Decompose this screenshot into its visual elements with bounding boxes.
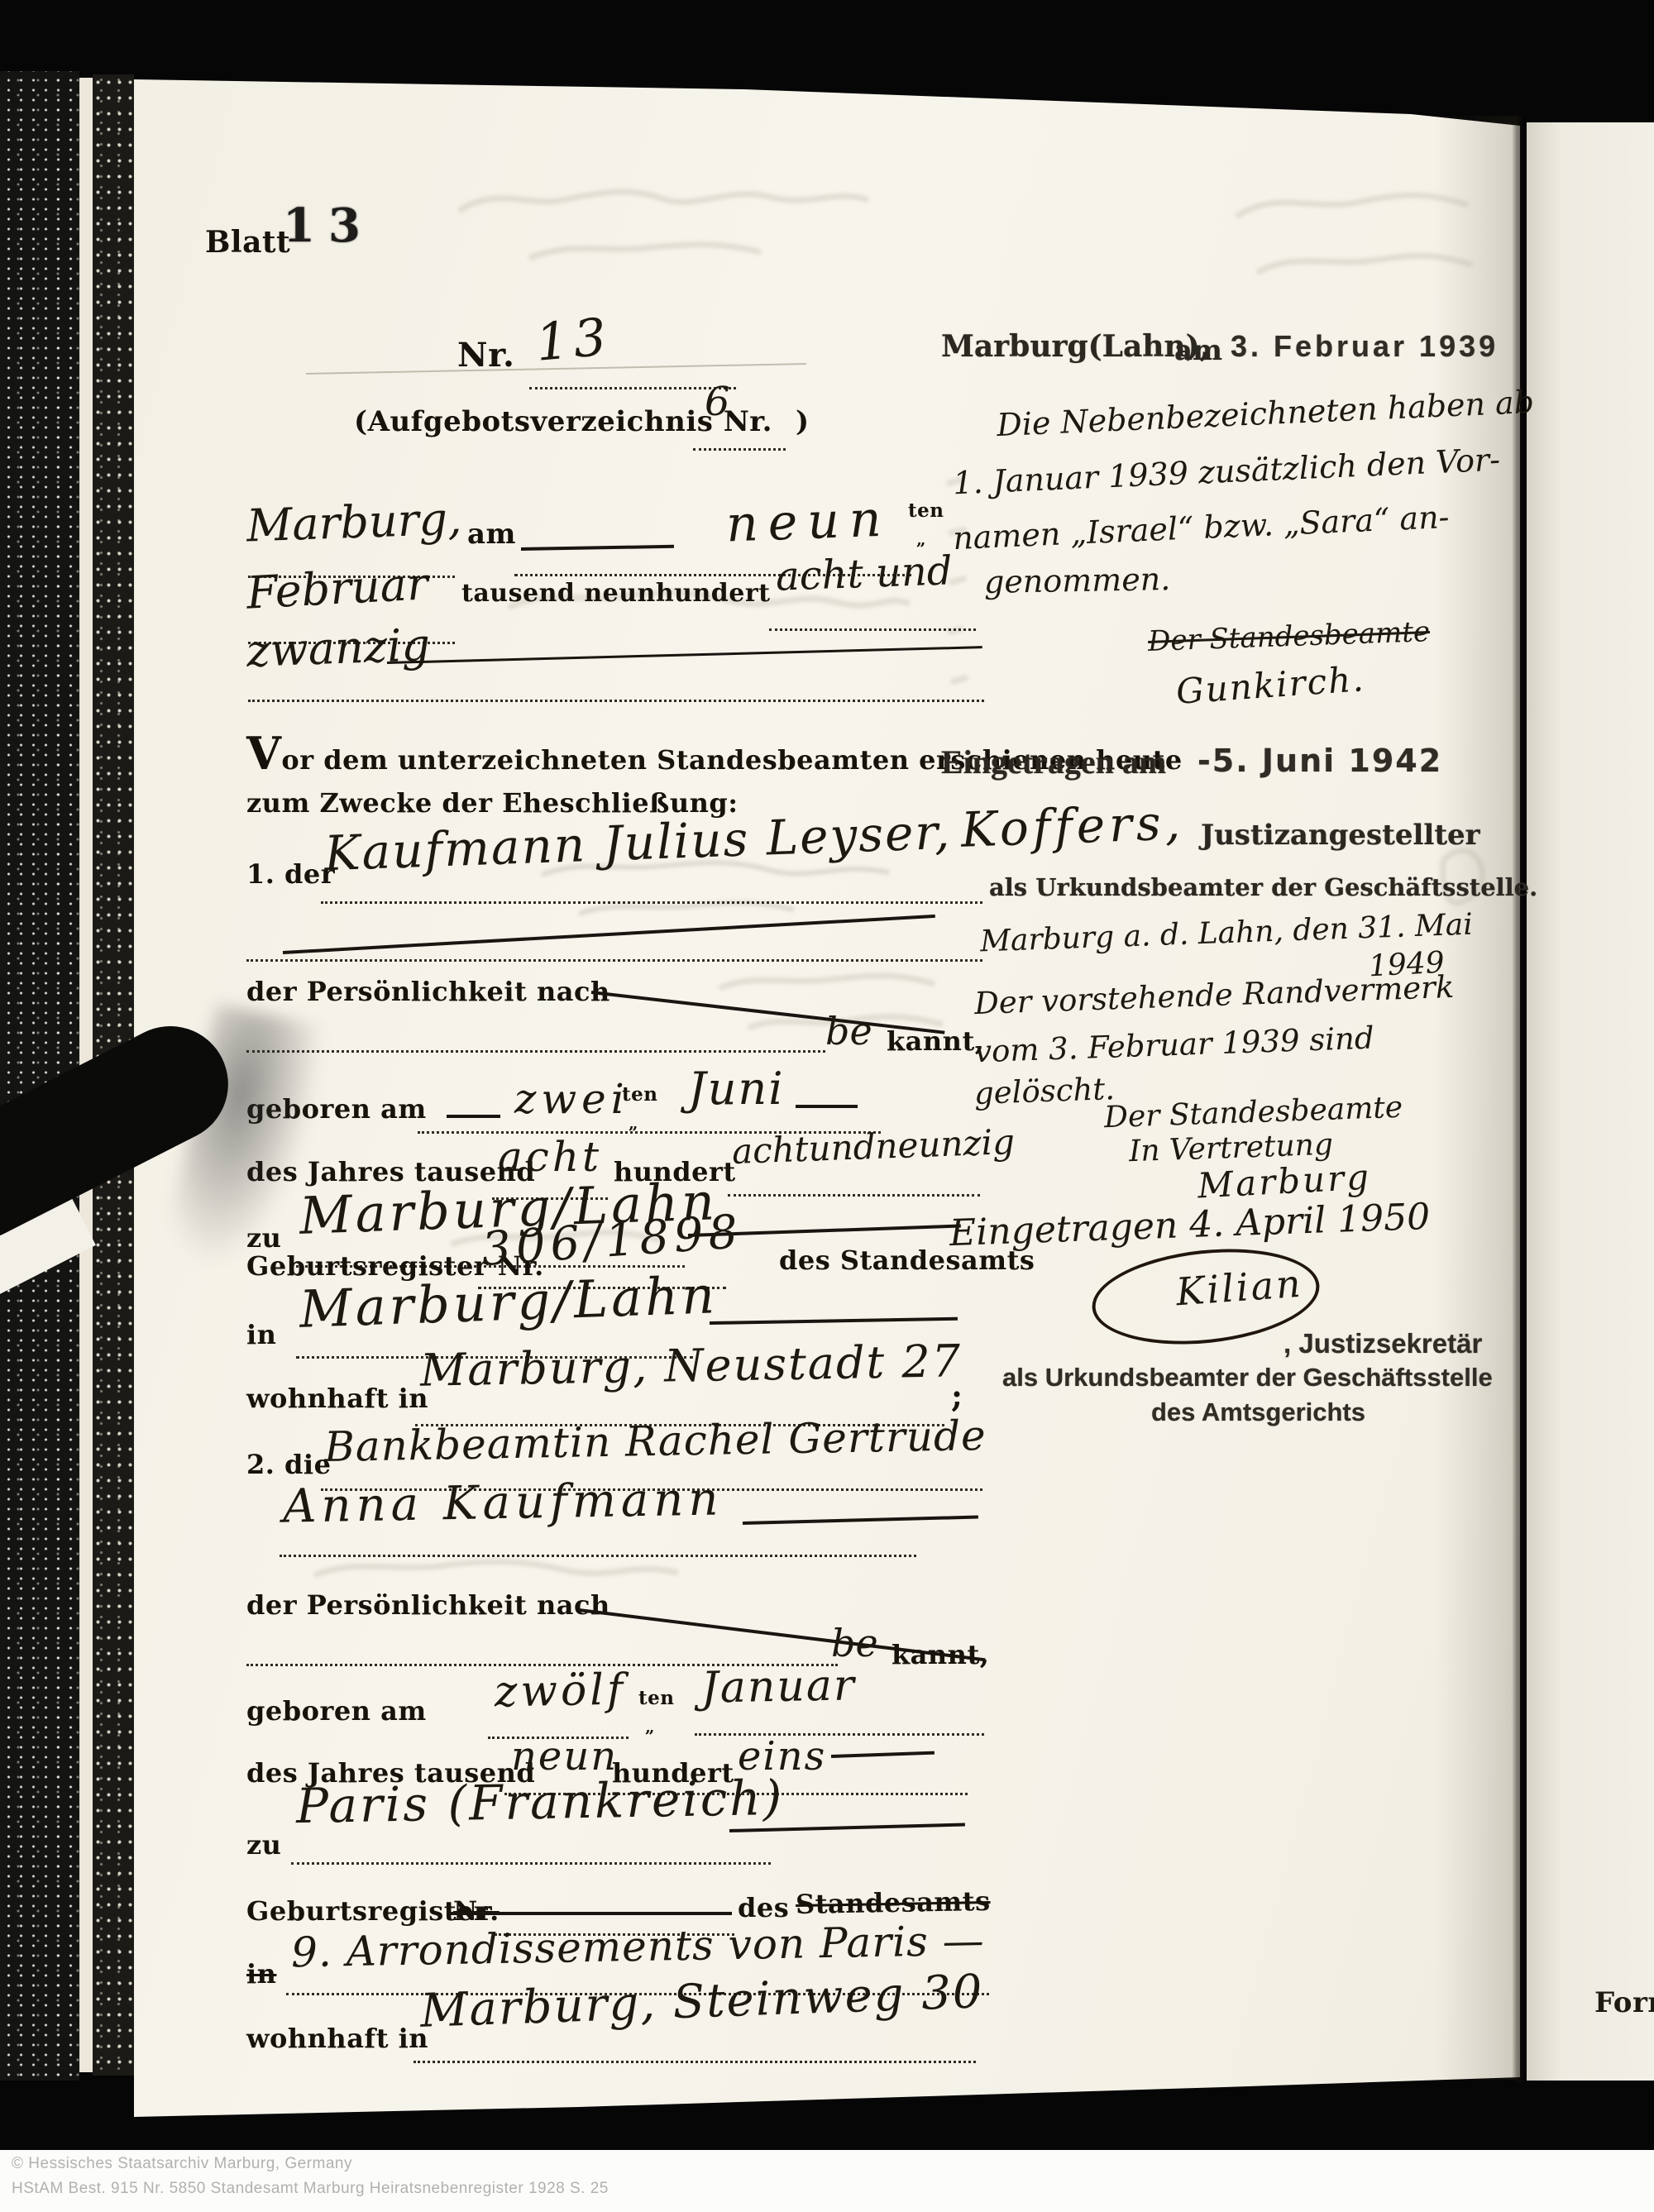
dotted-line xyxy=(321,901,982,904)
bride-wohnhaft-label: wohnhaft in xyxy=(246,2023,428,2054)
groom-persoenlichkeit-label: der Persönlichkeit nach xyxy=(246,976,610,1007)
ten-superscript: ten xyxy=(908,499,944,522)
dotted-line xyxy=(693,448,786,451)
ditto-mark: „ xyxy=(645,1717,655,1737)
bride-in-label-struck: in xyxy=(246,1958,276,1990)
groom-year-a-hand: acht xyxy=(498,1133,602,1181)
intro-year-b-hand: zwanzig xyxy=(246,619,431,677)
date-stamp-place: Marburg(Lahn), xyxy=(941,329,1210,364)
bride-kannt-label: kannt, xyxy=(892,1639,989,1670)
groom-index-label: 1. der xyxy=(246,858,335,890)
eingetragen-stamp-label: Eingetragen am xyxy=(941,743,1166,781)
archive-footer-line1: © Hessisches Staatsarchiv Marburg, Germa… xyxy=(12,2155,352,2173)
dotted-line xyxy=(246,1050,825,1053)
bride-be-hand: be xyxy=(831,1621,878,1665)
strike-line xyxy=(451,1912,732,1915)
groom-be-hand: be xyxy=(825,1009,872,1053)
intro-year-a-hand: acht und xyxy=(775,547,953,600)
signature-kilian: Kilian xyxy=(1174,1261,1304,1315)
ditto-mark: „ xyxy=(629,1113,638,1133)
bride-birthplace-hand: Paris (Frankreich) xyxy=(295,1770,784,1834)
nr-value-hand: 13 xyxy=(533,306,614,373)
bride-geboren-label: geboren am xyxy=(246,1695,427,1727)
bride-birth-month-hand: Januar xyxy=(700,1660,856,1713)
bride-name-hand-line2: Anna Kaufmann xyxy=(282,1472,723,1533)
note-1939-line4: genommen. xyxy=(984,561,1171,600)
dotted-line xyxy=(291,1862,771,1865)
groom-semicolon: ; xyxy=(951,1377,963,1414)
archive-footer-line2: HStAM Best. 915 Nr. 5850 Standesamt Marb… xyxy=(12,2180,609,2198)
dotted-line xyxy=(280,1555,916,1557)
dotted-line xyxy=(246,959,982,962)
nr-label: Nr. xyxy=(457,336,514,375)
ten-superscript: ten xyxy=(622,1083,657,1106)
scanned-register-photo: Form Blatt 13 Nr. 13 (Aufgebotsverzeichn… xyxy=(0,0,1654,2212)
aufgebot-number-hand: 6 xyxy=(705,379,730,425)
bride-standesamts-label-struck: Standesamts xyxy=(796,1885,991,1920)
dotted-line xyxy=(769,628,976,631)
amtsgericht-stamp-line3: des Amtsgerichts xyxy=(1151,1397,1365,1427)
groom-wohnhaft-label: wohnhaft in xyxy=(246,1383,428,1414)
filler-dash xyxy=(447,1115,500,1118)
urkundsbeamter-stamp-line: als Urkundsbeamter der Geschäftsstelle. xyxy=(989,873,1537,901)
justizangestellter-stamp: Justizangestellter xyxy=(1201,819,1480,852)
groom-kannt-label: kannt, xyxy=(887,1025,984,1057)
date-stamp-date: 3. Februar 1939 xyxy=(1231,329,1499,364)
bride-persoenlichkeit-label: der Persönlichkeit nach xyxy=(246,1589,610,1621)
bride-des-label: des xyxy=(738,1892,789,1923)
blatt-number-stamp: 13 xyxy=(283,198,374,253)
blatt-label: Blatt xyxy=(205,225,290,260)
justizsekretaer-stamp: , Justizsekretär xyxy=(1284,1328,1482,1359)
ten-superscript: ten xyxy=(638,1687,674,1709)
groom-birth-month-hand: Juni xyxy=(688,1063,784,1115)
initial-cap: V xyxy=(246,727,281,780)
date-stamp-am: am xyxy=(1174,334,1222,367)
bride-index-label: 2. die xyxy=(246,1449,331,1480)
amtsgericht-stamp-line2: als Urkundsbeamter der Geschäftsstelle xyxy=(1002,1363,1493,1393)
bride-zu-label: zu xyxy=(246,1829,281,1861)
eingetragen-stamp-date: -5. Juni 1942 xyxy=(1197,743,1442,779)
aufgebot-close: ) xyxy=(796,405,810,438)
intro-tausend-label: tausend neunhundert xyxy=(461,579,771,608)
intro-month-hand: Februar xyxy=(246,557,430,619)
bride-geburtsregister-label: Geburtsregister xyxy=(246,1895,488,1927)
dotted-line xyxy=(413,2061,976,2063)
dotted-line xyxy=(248,700,984,702)
filler-dash xyxy=(796,1105,858,1108)
groom-birth-day-hand: zwei xyxy=(514,1075,629,1123)
dotted-line xyxy=(728,1194,980,1197)
bride-nr-label-struck: Nr. xyxy=(453,1895,500,1927)
intro-am-label: am xyxy=(467,518,516,551)
intro-city-hand: Marburg, xyxy=(246,492,462,552)
groom-in-label: in xyxy=(246,1319,276,1350)
ditto-mark: „ xyxy=(916,529,926,549)
groom-residence-hand: Marburg, Neustadt 27 xyxy=(420,1335,963,1396)
note-1949-line4: gelöscht. xyxy=(973,1071,1115,1111)
bride-birth-day-hand: zwölf xyxy=(494,1665,626,1718)
signature-koffers: Koffers, xyxy=(960,794,1185,858)
intro-day-hand: neun xyxy=(725,490,892,554)
